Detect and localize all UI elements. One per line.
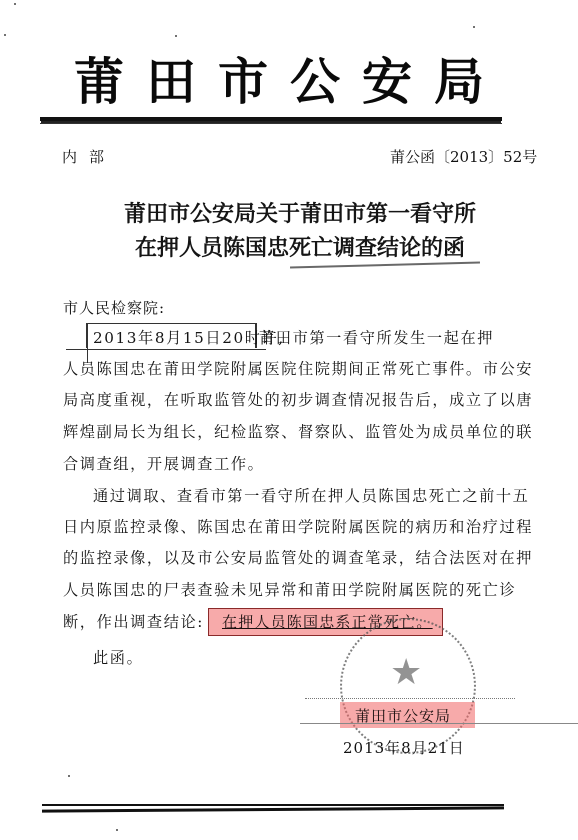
paragraph-2-line-3: 的监控录像，以及市公安局监管处的调查笔录，结合法医对在押	[63, 547, 533, 568]
classification-label: 内部	[62, 146, 116, 167]
footer-rule	[42, 804, 504, 806]
scan-speck	[14, 3, 16, 5]
paragraph-1-line-2: 人员陈国忠在莆田学院附属医院住院期间正常死亡事件。市公安	[63, 358, 533, 379]
signature-date: 2013年8月21日	[343, 737, 465, 758]
paragraph-1-line-4: 辉煌副局长为组长，纪检监察、督察队、监管处为成员单位的联	[63, 421, 533, 442]
closing-text: 此函。	[93, 647, 143, 668]
footer-rule-thick	[42, 806, 504, 812]
paragraph-2-line-2: 日内原监控录像、陈国忠在莆田学院附属医院的病历和治疗过程	[63, 516, 533, 537]
seal-star-icon: ★	[390, 652, 422, 693]
masthead-rule	[40, 117, 502, 121]
signature-line	[300, 723, 578, 724]
date-annotation-underline	[66, 349, 266, 350]
masthead-rule-thin	[40, 123, 502, 124]
document-number: 莆公函〔2013〕52号	[390, 146, 537, 167]
date-annotation-bar	[87, 323, 88, 363]
date-boxed-text: 2013年8月15日20时许,	[93, 327, 285, 348]
document-page: 莆田市公安局 内部 莆公函〔2013〕52号 莆田市公安局关于莆田市第一看守所 …	[0, 0, 578, 840]
paragraph-1-line-1: 莆田市第一看守所发生一起在押	[259, 327, 494, 348]
recipient: 市人民检察院:	[63, 297, 165, 318]
scan-speck	[68, 775, 70, 777]
scan-speck	[4, 34, 6, 36]
paragraph-2-line-1: 通过调取、查看市第一看守所在押人员陈国忠死亡之前十五	[93, 485, 529, 506]
scan-speck	[473, 26, 475, 28]
scan-speck	[116, 829, 118, 831]
paragraph-1-line-5: 合调查组，开展调查工作。	[63, 453, 264, 474]
title-line-1: 莆田市公安局关于莆田市第一看守所	[60, 198, 540, 232]
paragraph-2-line-5: 断，作出调查结论:	[63, 611, 204, 632]
paragraph-2-line-4: 人员陈国忠的尸表查验未见异常和莆田学院附属医院的死亡诊	[63, 579, 516, 600]
document-title: 莆田市公安局关于莆田市第一看守所 在押人员陈国忠死亡调查结论的函	[60, 198, 540, 266]
paragraph-1-line-3: 局高度重视，在听取监管处的初步调查情况报告后，成立了以唐	[63, 389, 533, 410]
scan-speck	[175, 35, 177, 37]
signature-dotted-line	[305, 698, 515, 700]
masthead-issuer: 莆田市公安局	[60, 52, 520, 112]
